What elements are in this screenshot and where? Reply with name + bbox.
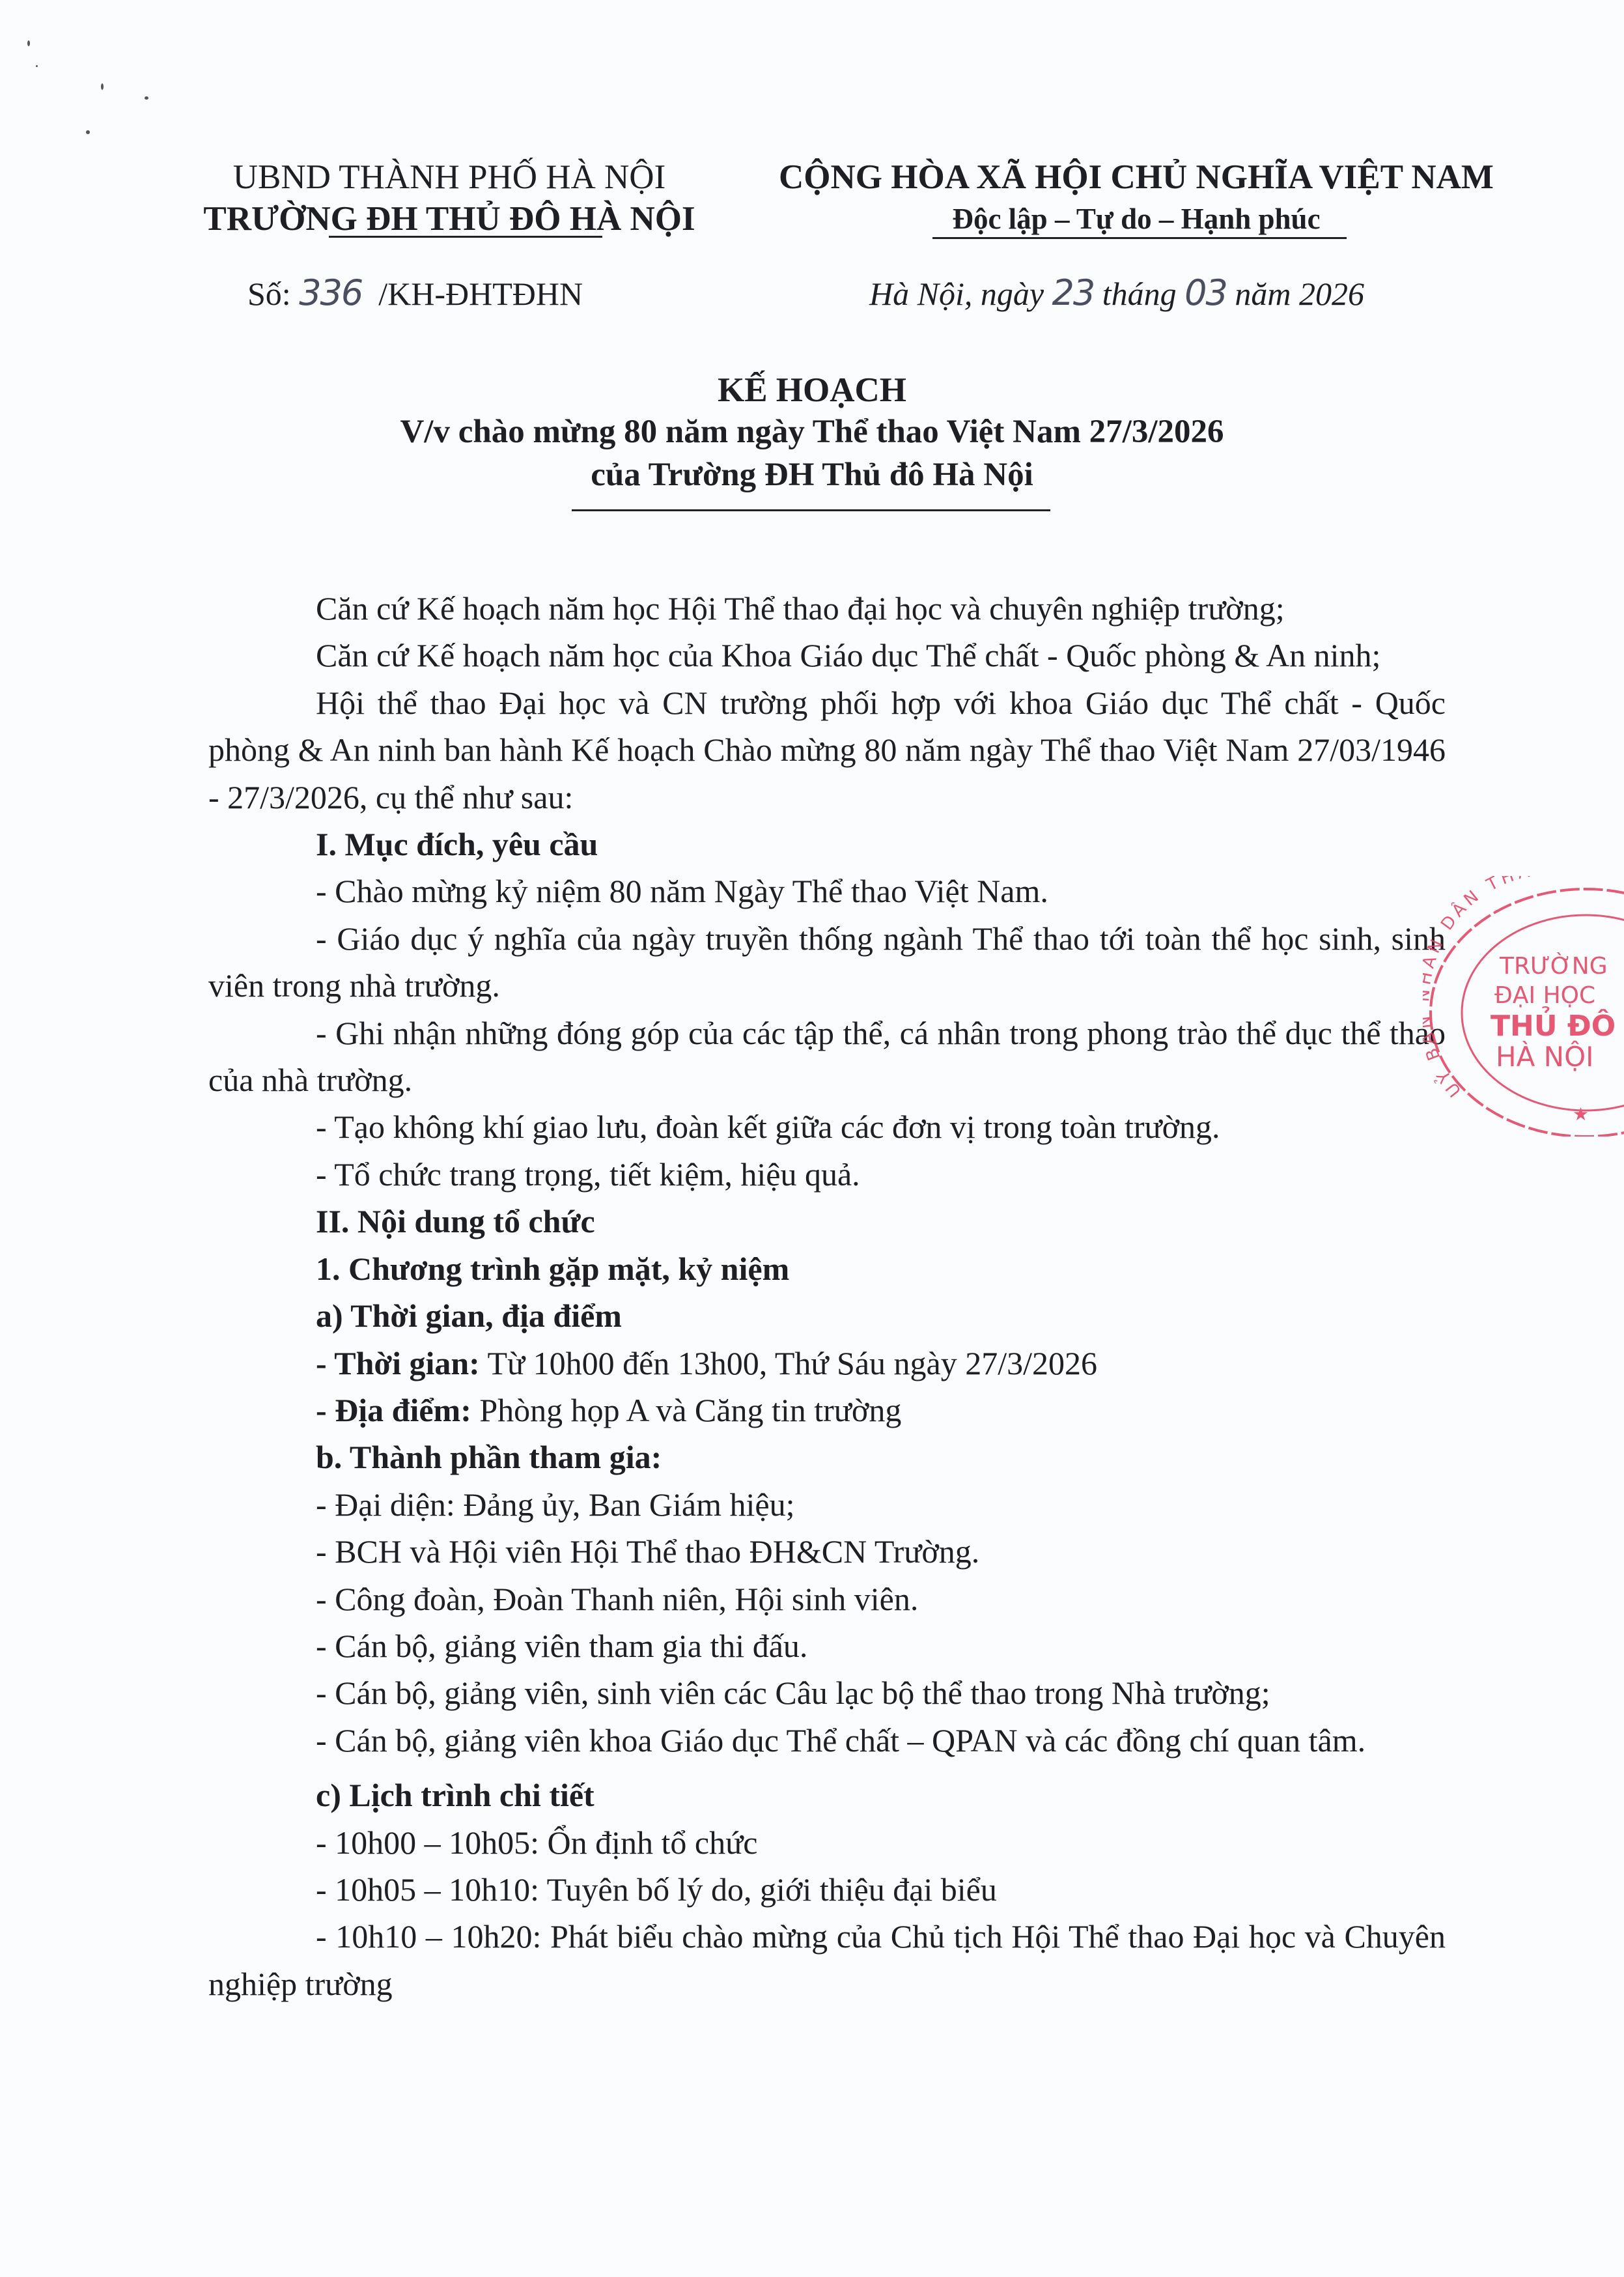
subheading-participants: b. Thành phần tham gia:: [208, 1434, 1446, 1480]
svg-text:ĐẠI HỌC: ĐẠI HỌC: [1494, 982, 1595, 1009]
title-subject: V/v chào mừng 80 năm ngày Thể thao Việt …: [0, 410, 1624, 453]
issuing-agency-block: UBND THÀNH PHỐ HÀ NỘI TRƯỜNG ĐH THỦ ĐÔ H…: [189, 156, 710, 240]
nation-name: CỘNG HÒA XÃ HỘI CHỦ NGHĨA VIỆT NAM: [755, 156, 1517, 198]
document-title: KẾ HOẠCH V/v chào mừng 80 năm ngày Thể t…: [0, 370, 1624, 496]
participant-item: - Cán bộ, giảng viên, sinh viên các Câu …: [208, 1669, 1446, 1716]
scan-speck: [36, 65, 38, 67]
date-month-label: tháng: [1102, 276, 1177, 312]
participant-item: - Cán bộ, giảng viên khoa Giáo dục Thể c…: [208, 1717, 1446, 1764]
participant-item: - Công đoàn, Đoàn Thanh niên, Hội sinh v…: [208, 1576, 1446, 1622]
participant-item: - Đại diện: Đảng ủy, Ban Giám hiệu;: [208, 1481, 1446, 1528]
schedule-item: - 10h00 – 10h05: Ổn định tổ chức: [208, 1819, 1446, 1866]
preamble-line: Căn cứ Kế hoạch năm học Hội Thể thao đại…: [208, 585, 1446, 632]
svg-text:THỦ ĐÔ: THỦ ĐÔ: [1491, 1006, 1616, 1043]
school-name-underline: [329, 236, 602, 238]
doc-number-handwritten: 336: [299, 272, 362, 313]
section-heading-purpose: I. Mục đích, yêu cầu: [208, 821, 1446, 868]
scan-speck: [145, 96, 148, 100]
date-day-handwritten: 23: [1052, 272, 1095, 313]
subsection-heading-meeting: 1. Chương trình gặp mặt, kỷ niệm: [208, 1245, 1446, 1292]
motto-underline: [932, 237, 1347, 239]
section-heading-content: II. Nội dung tổ chức: [208, 1198, 1446, 1245]
document-body: Căn cứ Kế hoạch năm học Hội Thể thao đại…: [208, 585, 1446, 2007]
scan-speck: [27, 40, 30, 46]
place-value: Phòng họp A và Căng tin trường: [471, 1392, 902, 1428]
date-year: năm 2026: [1235, 276, 1364, 312]
place-line: - Địa điểm: Phòng họp A và Căng tin trườ…: [208, 1387, 1446, 1434]
document-page: UBND THÀNH PHỐ HÀ NỘI TRƯỜNG ĐH THỦ ĐÔ H…: [0, 0, 1624, 2277]
schedule-item: - 10h10 – 10h20: Phát biểu chào mừng của…: [208, 1913, 1446, 2007]
scan-speck: [101, 83, 104, 90]
national-title-block: CỘNG HÒA XÃ HỘI CHỦ NGHĨA VIỆT NAM Độc l…: [755, 156, 1517, 240]
time-line: - Thời gian: Từ 10h00 đến 13h00, Thứ Sáu…: [208, 1340, 1446, 1387]
school-name: TRƯỜNG ĐH THỦ ĐÔ HÀ NỘI: [189, 198, 710, 240]
title-organization: của Trường ĐH Thủ đô Hà Nội: [0, 453, 1624, 496]
time-value: Từ 10h00 đến 13h00, Thứ Sáu ngày 27/3/20…: [480, 1345, 1097, 1381]
purpose-item: - Chào mừng kỷ niệm 80 năm Ngày Thể thao…: [208, 868, 1446, 914]
participant-item: - BCH và Hội viên Hội Thể thao ĐH&CN Trư…: [208, 1528, 1446, 1575]
subheading-schedule: c) Lịch trình chi tiết: [208, 1772, 1446, 1818]
date-month-handwritten: 03: [1184, 272, 1227, 313]
purpose-item: - Tạo không khí giao lưu, đoàn kết giữa …: [208, 1103, 1446, 1150]
seal-icon: UỶ BAN NHÂN DÂN THÀNH TRƯỜNG ĐẠI HỌC THỦ…: [1423, 876, 1624, 1137]
svg-text:TRƯỜNG: TRƯỜNG: [1499, 952, 1608, 980]
subheading-time-place: a) Thời gian, địa điểm: [208, 1292, 1446, 1339]
document-date: Hà Nội, ngày 23 tháng 03 năm 2026: [869, 272, 1364, 313]
svg-text:HÀ NỘI: HÀ NỘI: [1496, 1040, 1594, 1073]
doc-number-prefix: Số:: [247, 276, 291, 312]
national-motto: Độc lập – Tự do – Hạnh phúc: [755, 198, 1517, 240]
date-prefix: Hà Nội, ngày: [869, 276, 1044, 312]
time-label: - Thời gian:: [316, 1345, 480, 1381]
schedule-item: - 10h05 – 10h10: Tuyên bố lý do, giới th…: [208, 1866, 1446, 1913]
purpose-item: - Giáo dục ý nghĩa của ngày truyền thống…: [208, 915, 1446, 1010]
doc-number-suffix: /KH-ĐHTĐHN: [378, 276, 583, 312]
title-underline: [572, 509, 1050, 511]
participant-item: - Cán bộ, giảng viên tham gia thi đấu.: [208, 1622, 1446, 1669]
title-main: KẾ HOẠCH: [0, 370, 1624, 410]
preamble-line: Căn cứ Kế hoạch năm học của Khoa Giáo dụ…: [208, 632, 1446, 679]
svg-text:★: ★: [1573, 1103, 1589, 1125]
preamble-line: Hội thể thao Đại học và CN trường phối h…: [208, 679, 1446, 821]
official-seal-stamp: UỶ BAN NHÂN DÂN THÀNH TRƯỜNG ĐẠI HỌC THỦ…: [1423, 876, 1624, 1137]
purpose-item: - Ghi nhận những đóng góp của các tập th…: [208, 1010, 1446, 1104]
place-label: - Địa điểm:: [316, 1392, 471, 1428]
purpose-item: - Tổ chức trang trọng, tiết kiệm, hiệu q…: [208, 1151, 1446, 1198]
scan-speck: [86, 130, 90, 134]
agency-name: UBND THÀNH PHỐ HÀ NỘI: [189, 156, 710, 198]
document-number: Số: 336 /KH-ĐHTĐHN: [247, 272, 583, 313]
